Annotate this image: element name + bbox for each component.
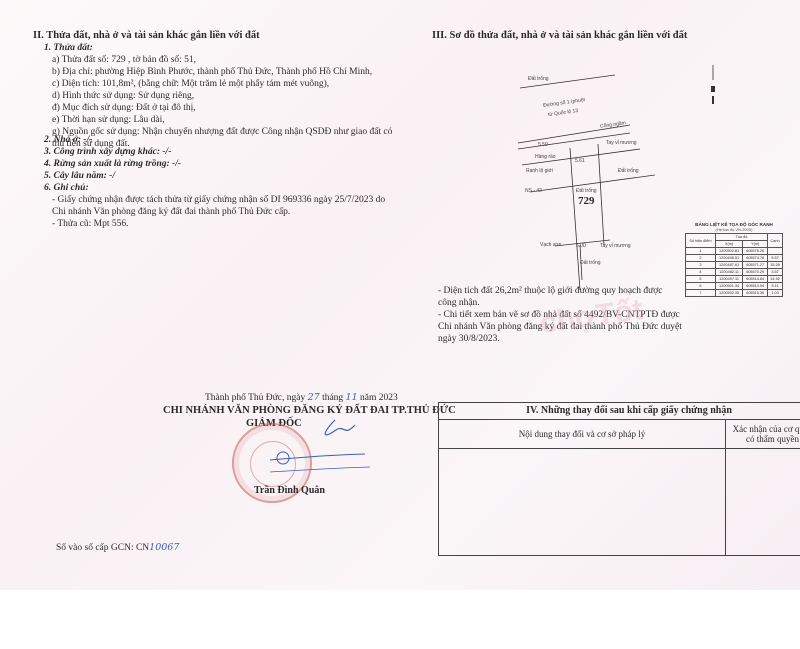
item-forest: 4. Rừng sản xuất là rừng trồng: -/-: [44, 158, 181, 170]
coord-row: 71200502.35605515.361.03: [686, 290, 783, 297]
section-2-title: II. Thửa đất, nhà ở và tài sản khác gắn …: [33, 30, 260, 41]
signature-date: Thành phố Thủ Đức, ngày 27 tháng 11 năm …: [205, 392, 398, 404]
land-line-b: b) Địa chỉ: phường Hiệp Bình Phước, thàn…: [52, 66, 392, 78]
land-line-c: c) Diện tích: 101,8m², (bằng chữ: Một tr…: [52, 78, 392, 90]
section-3-title: III. Sơ đồ thửa đất, nhà ở và tài sản kh…: [432, 30, 687, 41]
certificate-page: II. Thửa đất, nhà ở và tài sản khác gắn …: [0, 0, 800, 590]
note-2: Chi nhánh Văn phòng đăng ký đất đai thàn…: [52, 206, 385, 218]
section-4-title: IV. Những thay đổi sau khi cấp giấy chứn…: [439, 403, 800, 420]
coord-row: 61200501.34605514.945.11: [686, 283, 783, 290]
coord-header-group: Tọa độ: [715, 234, 767, 241]
label-dim-bottom: 5.00: [576, 243, 586, 249]
label-boundary: Ranh lộ giới: [526, 168, 553, 174]
coord-row: 31200487.61605571.2715.28: [686, 262, 783, 269]
label-paint-line: Vạch sơn: [540, 242, 561, 248]
item-perennial: 5. Cây lâu năm: -/: [44, 170, 181, 182]
land-line-e: e) Thời hạn sử dụng: Lâu dài,: [52, 114, 392, 126]
label-wall: Tay vỉ mương: [606, 140, 637, 146]
coordinate-table: BẢNG LIỆT KÊ TỌA ĐỘ GÓC RANH (Hệ tọa độ …: [685, 222, 783, 297]
date-month: 11: [346, 392, 358, 403]
land-line-dd: đ) Mục đích sử dụng: Đất ở tại đô thị,: [52, 102, 392, 114]
coord-row: 51200497.11605514.6414.92: [686, 276, 783, 283]
coord-header-y: Y(m): [743, 241, 768, 248]
item-house: 2. Nhà ở: -/-: [44, 134, 181, 146]
note-3: - Thửa cũ: Mpt 556.: [52, 218, 385, 230]
coord-row: 41200482.11605570.293.57: [686, 269, 783, 276]
label-parcel-top: Đất trống: [576, 188, 597, 194]
label-bottom-empty: Đất trống: [580, 260, 601, 266]
signer-name: Trần Đình Quân: [254, 485, 325, 496]
section-4-table: IV. Những thay đổi sau khi cấp giấy chứn…: [438, 402, 800, 556]
label-empty-right: Đất trống: [618, 168, 639, 174]
date-day: 27: [308, 392, 320, 403]
coord-table-subtitle: (Hệ tọa độ VN-2000): [685, 227, 783, 232]
coord-table-grid: Số hiệu điểm Tọa độ Cạnh X(m) Y(m) 11200…: [685, 233, 783, 297]
coord-header-point: Số hiệu điểm: [686, 234, 716, 248]
note-1: - Giấy chứng nhận được tách thửa từ giấy…: [52, 194, 385, 206]
land-line-a: a) Thửa đất số: 729 , tờ bản đồ số: 51,: [52, 54, 392, 66]
label-setback: Hàng rào: [535, 154, 556, 160]
registry-number: Số vào sổ cấp GCN: CN10067: [56, 542, 179, 554]
label-dim-mid: 5.61: [575, 158, 585, 164]
signature-icon: [265, 410, 375, 480]
registry-handwritten-number: 10067: [149, 542, 179, 553]
label-parcel-left: NS - 42: [525, 188, 542, 194]
coord-header-x: X(m): [715, 241, 742, 248]
item-other-works: 3. Công trình xây dựng khác: -/-: [44, 146, 181, 158]
label-top-empty: Đất trống: [528, 76, 549, 82]
item-notes-heading: 6. Ghi chú:: [44, 182, 181, 194]
section-2-items: 2. Nhà ở: -/- 3. Công trình xây dựng khá…: [44, 134, 181, 194]
section-2-notes: - Giấy chứng nhận được tách thửa từ giấy…: [52, 194, 385, 230]
s3-note-1: - Diện tích đất 26,2m² thuộc lộ giới đườ…: [438, 285, 682, 297]
label-dim-top: 5.50: [538, 142, 548, 148]
land-line-d: d) Hình thức sử dụng: Sử dụng riêng,: [52, 90, 392, 102]
coord-row: 21200498.51605574.785.57: [686, 255, 783, 262]
coord-row: 11200502.81605578.26: [686, 248, 783, 255]
parcel-number: 729: [578, 195, 595, 207]
coord-header-edge: Cạnh: [768, 234, 783, 248]
col-change-content: Nội dung thay đổi và cơ sở pháp lý: [439, 420, 725, 449]
label-wall-2: Tay vỉ mương: [600, 243, 631, 249]
bottom-margin: [0, 590, 800, 649]
land-heading: 1. Thửa đất:: [44, 42, 93, 54]
col-authority-confirmation: Xác nhận của cơ quan có thẩm quyền: [726, 420, 800, 449]
